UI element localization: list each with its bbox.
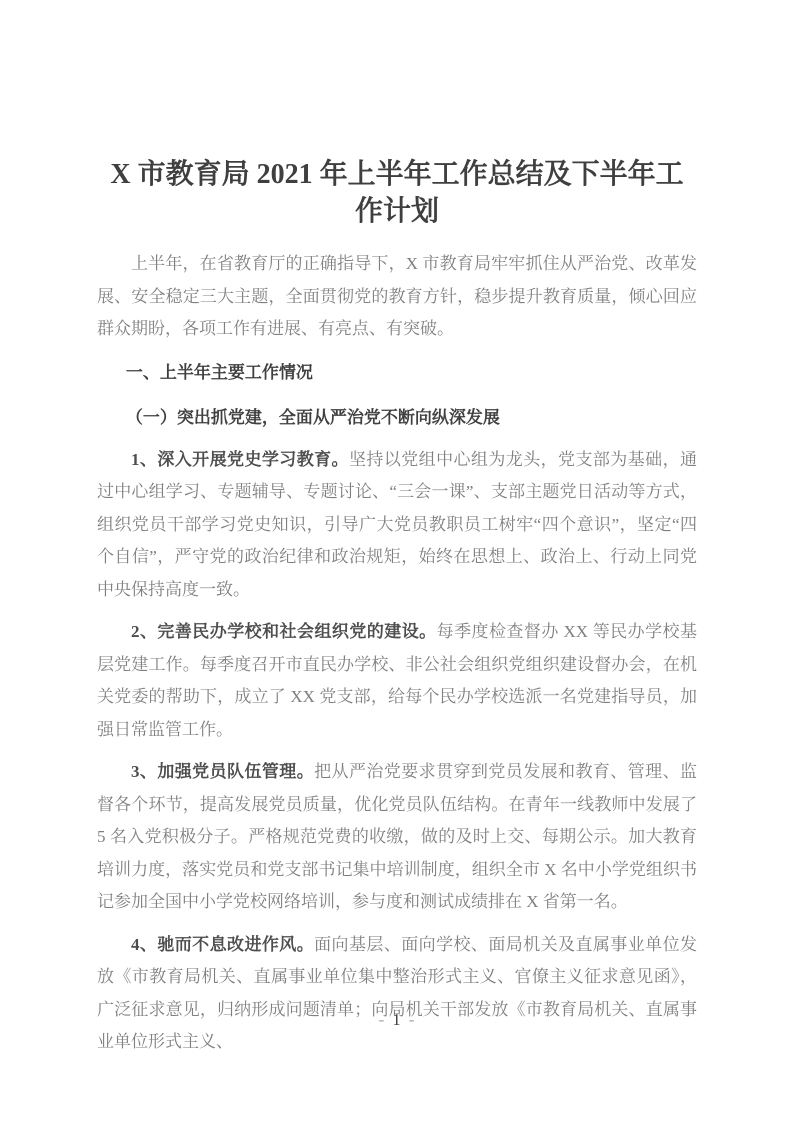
numbered-paragraph-3: 3、加强党员队伍管理。把从严治党要求贯穿到党员发展和教育、管理、监督各个环节，提… [97,756,697,919]
paragraph-3-text: 把从严治党要求贯穿到党员发展和教育、管理、监督各个环节，提高发展党员质量，优化党… [97,762,697,911]
paragraph-4-lead: 4、驰而不息改进作风。 [131,935,314,954]
paragraph-3-lead: 3、加强党员队伍管理。 [131,762,314,781]
intro-paragraph: 上半年，在省教育厅的正确指导下，X 市教育局牢牢抓住从严治党、改革发展、安全稳定… [97,248,697,346]
numbered-paragraph-2: 2、完善民办学校和社会组织党的建设。每季度检查督办 XX 等民办学校基层党建工作… [97,616,697,746]
document-title: X 市教育局 2021 年上半年工作总结及下半年工作计划 [97,156,697,230]
paragraph-1-lead: 1、深入开展党史学习教育。 [131,450,349,469]
numbered-paragraph-4: 4、驰而不息改进作风。面向基层、面向学校、面局机关及直属事业单位发放《市教育局机… [97,929,697,1059]
page-footer: -1- [0,1010,793,1030]
footer-left-dash: - [371,1010,393,1029]
paragraph-1-text: 坚持以党组中心组为龙头，党支部为基础，通过中心组学习、专题辅导、专题讨论、“三会… [97,450,697,599]
document-page: X 市教育局 2021 年上半年工作总结及下半年工作计划 上半年，在省教育厅的正… [0,0,793,1122]
footer-right-dash: - [401,1010,423,1029]
document-body: X 市教育局 2021 年上半年工作总结及下半年工作计划 上半年，在省教育厅的正… [97,156,697,1069]
page-number: 1 [392,1010,401,1029]
section-heading-1: 一、上半年主要工作情况 [97,356,697,389]
paragraph-2-lead: 2、完善民办学校和社会组织党的建设。 [131,622,437,641]
subsection-heading-1-1: （一）突出抓党建，全面从严治党不断向纵深发展 [97,401,697,434]
numbered-paragraph-1: 1、深入开展党史学习教育。坚持以党组中心组为龙头，党支部为基础，通过中心组学习、… [97,444,697,607]
